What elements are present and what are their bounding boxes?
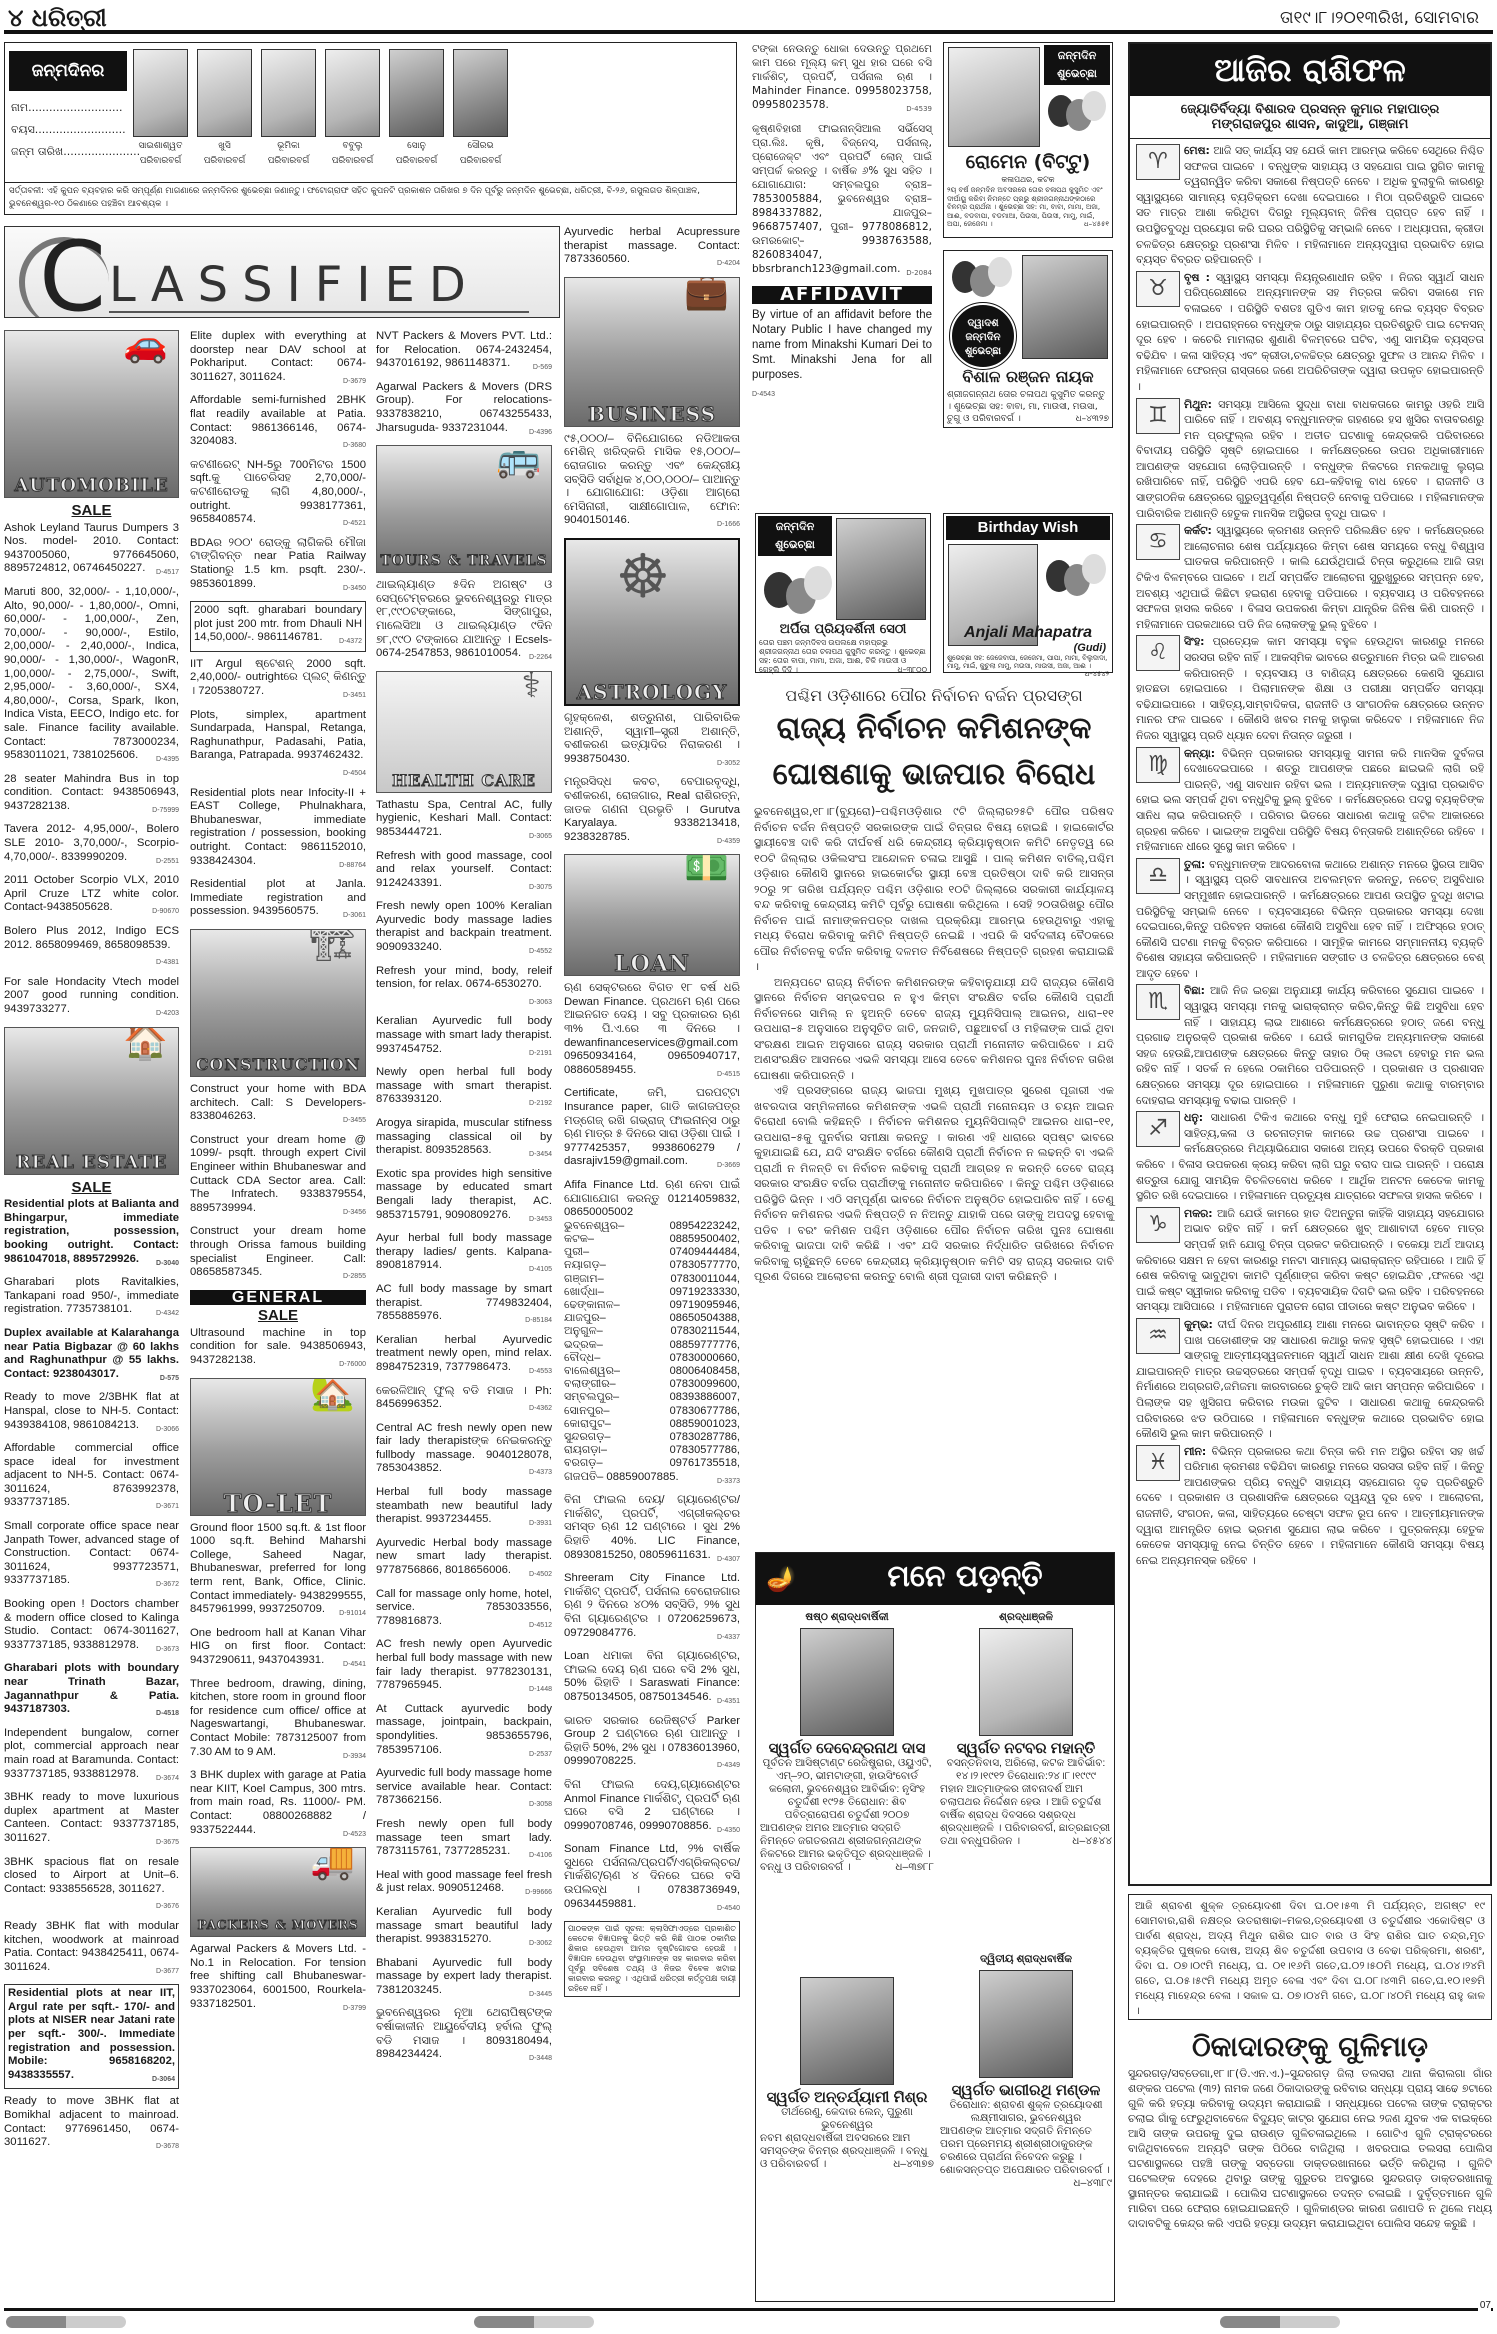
page-number-masthead: ୪ ଧରିତ୍ରୀ — [8, 4, 107, 32]
reader-notice: ପାଠକଙ୍କ ପାଇଁ ସୂଚନା: କ୍ଲାସିଫାଏଡ୍‌ରେ ପ୍ରକା… — [564, 1921, 740, 1997]
health-care-image: ⚕HEALTH CARE — [376, 671, 552, 793]
loan-image: 💵LOAN — [564, 854, 740, 976]
bus-icon: 🚌 — [496, 452, 541, 466]
libra-icon: ♎ — [1136, 858, 1180, 894]
ad-item: Refresh your mind, body, releif tension,… — [376, 965, 552, 1010]
kid-name: ଭୂମିକା — [261, 141, 316, 151]
briefcase-icon: 💼 — [684, 284, 729, 298]
ad-item: Loan ଧମାକା ବିନା ଗ୍ୟାରେଣ୍ଟର, ଫାଇଲ ଦେୟ ଋଣ … — [564, 1650, 740, 1708]
ad-item: Bhabani Ayurvedic full body massage by e… — [376, 1957, 552, 2002]
afifa-branch-table: ଭୁବନେଶ୍ୱର–08954223242, କଟକ–08859500402, … — [564, 1220, 740, 1471]
column-tours-health: NVT Packers & Movers PVT. Ltd.: for Relo… — [376, 330, 552, 2072]
category-label: CONSTRUCTION — [191, 1058, 365, 1072]
vishal-birthday-ad: ଦ୍ୱାଦଶ ଜନ୍ମଦିନ ଶୁଭେଚ୍ଛା ବିଶାଳ ରଞ୍ଜନ ନାୟକ… — [943, 250, 1113, 428]
ad-item: 2011 October Scorpio VLX, 2010 April Cru… — [4, 874, 179, 919]
portrait-photo — [979, 1970, 1073, 2078]
real-estate-image: 🏠REAL ESTATE — [4, 1027, 179, 1175]
house-icon: 🏠 — [123, 1034, 168, 1048]
ad-item: Arogya sirapida, muscular stifness massa… — [376, 1117, 552, 1162]
rashi-item: ♌ସିଂହ: ପ୍ରତ୍ୟେକ କାମ ସମସ୍ୟା ବହୁଳ ହେଉଥିବା … — [1136, 634, 1484, 743]
to-let-image: 🏡TO-LET — [190, 1378, 366, 1516]
birthday-coupon: ଜନ୍ମଦିନର ଶୁଭେଚ୍ଛା ନାମ...................… — [4, 42, 737, 215]
ad-item: AC fresh newly open Ayurvedic herbal ful… — [376, 1638, 552, 1696]
ad-item: Ready to move 2/3BHK flat at Hanspal, cl… — [4, 1391, 179, 1436]
table-row: କୋରାପୁଟ–08859001023, — [564, 1418, 740, 1431]
sale-heading: SALE — [4, 504, 179, 518]
rashi-item: ♒କୁମ୍ଭ: ଦୀର୍ଘ ଦିନର ଅପୂରଣୀୟ ଆଶା ମନରେ ଭାବା… — [1136, 1317, 1484, 1442]
building-icon: 🏗 — [309, 936, 355, 950]
news-headline-2: ଘୋଷଣାକୁ ଭାଜପାର ବିରୋଧ — [754, 752, 1114, 798]
ad-item: Residential plots at Balianta and Bhinga… — [4, 1198, 179, 1270]
sale-heading: SALE — [4, 1181, 179, 1195]
deceased-name: ସ୍ୱର୍ଗତ ନଟବର ମହାନ୍ତି — [940, 1740, 1112, 1757]
header-rule — [4, 30, 1493, 34]
kid-photo — [133, 49, 188, 137]
ad-item: Keralian Ayurvedic full body massage wit… — [376, 1015, 552, 1060]
ad-item: Refresh with good massage, cool and rela… — [376, 850, 552, 895]
ad-item: At Cuttack ayurvedic body massage, joint… — [376, 1703, 552, 1761]
ad-item: Residential plot at Janla. Immediate reg… — [190, 878, 366, 923]
ad-item: Agarwal Packers & Movers Ltd. - No.1 in … — [190, 1943, 366, 2015]
obituary-label: ଦ୍ୱିତୀୟ ଶ୍ରାଦ୍ଧବାର୍ଷିକ — [940, 1953, 1112, 1966]
rashi-item: ♈ମେଷ: ଆଜି ସତ୍ କାର୍ଯ୍ୟ ସହ ଯେଉଁ କାମ ଆରମ୍ଭ … — [1136, 143, 1484, 268]
kid-card: ସୌରଭପରିବାରବର୍ଗ — [453, 49, 508, 166]
category-label: ASTROLOGY — [566, 686, 738, 700]
virgo-icon: ♍ — [1136, 747, 1180, 783]
kid-family: ପରିବାରବର୍ଗ — [197, 156, 252, 166]
ad-item-boxed: Residential plots at near IIT, Argul rat… — [4, 1984, 179, 2089]
ad-item: ଗୃହକ୍ଳେଶ, ଶତ୍ରୁନାଶ, ପାରିବାରିକ ଅଶାନ୍ତି, ସ… — [564, 712, 740, 770]
obituary-item: ଦ୍ୱିତୀୟ ଶ୍ରାଦ୍ଧବାର୍ଷିକ ସ୍ୱର୍ଗତ ଭାଗୀରଥି ମ… — [940, 1953, 1112, 2190]
column-business-loan: Ayurvedic herbal Acupressure therapist m… — [564, 226, 740, 2003]
affidavit-heading: AFFIDAVIT — [752, 286, 932, 304]
balloon-icon — [1082, 91, 1106, 121]
ad-item: Tathastu Spa, Central AC, fully hygienic… — [376, 799, 552, 844]
classified-word: LASSIFIED — [109, 257, 480, 313]
category-label: REAL ESTATE — [5, 1156, 178, 1170]
obituary-item: ଷଷ୍ଠ ଶ୍ରାଦ୍ଧବାର୍ଷିକୀ ସ୍ୱର୍ଗତ ଦେବେନ୍ଦ୍ରନା… — [760, 1611, 934, 1874]
news-headline-1: ରାଜ୍ୟ ନିର୍ବାଚନ କମିଶନଙ୍କ — [754, 706, 1114, 752]
construction-image: 🏗CONSTRUCTION — [190, 929, 366, 1077]
category-label: TOURS & TRAVELS — [377, 555, 551, 569]
coupon-terms: ସର୍ତ୍ତାବଳୀ: ଏହି କୁପନ ବ୍ୟବହାର କରି ସମ୍ପୂର୍… — [5, 182, 736, 214]
category-label: BUSINESS — [565, 408, 739, 422]
rashi-item: ♎ତୁଳା: ବନ୍ଧୁମାନଙ୍କ ଆଦରବୋଳା କଥାରେ ଅଶାନ୍ତ … — [1136, 857, 1484, 982]
ad-item: Construct your dream home @ 1099/- psqft… — [190, 1134, 366, 1220]
table-row: ବୌଦ୍ଧ–07830000660, — [564, 1352, 740, 1365]
ad-item: ଥାଇଲ୍ୟାଣ୍ଡ ୫ଦିନ ଅଗଷ୍ଟ ଓ ସେପ୍ଟେମ୍ବରରେ ଭୁବ… — [376, 579, 552, 665]
news-paragraph: ଏହି ପ୍ରସଙ୍ଗରେ ରାଜ୍ୟ ଭାଜପା ମୁଖ୍ୟ ମୁଖପାତ୍ର… — [754, 1083, 1114, 1285]
rashi-item: ♉ବୃଷ : ସ୍ୱାସ୍ଥ୍ୟ ସମସ୍ୟା ନିୟନ୍ତ୍ରଣାଧୀନ ରହ… — [1136, 270, 1484, 395]
child-name: ରୋମେନ (ବିଟ୍ଟୁ) — [946, 151, 1110, 173]
ad-item: Ready 3BHK flat with modular kitchen, wo… — [4, 1920, 179, 1978]
stethoscope-icon: ⚕ — [522, 678, 541, 692]
ad-item: Independent bungalow, corner plot, comme… — [4, 1727, 179, 1785]
date-line: ତା୧୯।୮।୨୦୧୩ରିଖ, ସୋମବାର — [1280, 8, 1479, 28]
ad-item: Exotic spa provides high sensitive massa… — [376, 1168, 552, 1226]
afifa-finance-ad: Afifa Finance Ltd. ଋଣ ନେବା ପାଇଁ ଯୋଗାଯୋଗ … — [564, 1179, 740, 1488]
table-row: ପୁରୀ–07409444484, — [564, 1246, 740, 1259]
registration-mark — [6, 2316, 126, 2328]
rashi-item: ♑ମକର: ଆଜି ଯେଉଁ କାମରେ ହାତ ଦିଅନ୍ତୁନା କାହିଁ… — [1136, 1206, 1484, 1315]
obituary-message: ଆପଣଙ୍କ ଅମର ଆତ୍ମାର ସଦ୍‌ଗତି ନିମନ୍ତେ ଜଗତରନା… — [760, 1822, 934, 1874]
birthday-wish-heading: Birthday Wish — [946, 516, 1110, 540]
ad-item: AC full body massage by smart therapist.… — [376, 1283, 552, 1328]
table-row: ଭଦ୍ରକ–08859777776, — [564, 1339, 740, 1352]
column-finance-affidavit: ଟଙ୍କା ନେଉନ୍ତୁ ଧୋକା ଦେଉନ୍ତୁ ପ୍ରଥମେ କାମ ପର… — [752, 42, 932, 408]
ad-item: Fresh newly open 100% Keralian Ayurvedic… — [376, 900, 552, 958]
aries-icon: ♈ — [1136, 144, 1180, 180]
sagittarius-icon: ♐ — [1136, 1111, 1180, 1147]
table-row: ରାୟଗଡ଼ା–07830577786, — [564, 1444, 740, 1457]
birthday-badge: ଜନ୍ମଦିନ ଶୁଭେଚ୍ଛା — [758, 516, 832, 556]
wish-text: ଶ୍ରୀଜଗନ୍ନାଥ ତୋର ଚଳାପଥ କୁସୁମିତ କରନ୍ତୁ । ଶ… — [947, 389, 1109, 425]
category-label: PACKERS & MOVERS — [191, 1919, 365, 1933]
balloon-icon — [1082, 554, 1106, 584]
affidavit-ad: By virtue of an affidavit before the Not… — [752, 308, 932, 402]
wish-text: ଶୁଭେଚ୍ଛା ସହ: ଜେଜେବାପା, ଜେଜେମା, ପାପା, ମାମ… — [947, 654, 1109, 678]
portrait-photo — [800, 1628, 894, 1736]
tours-image: 🚌TOURS & TRAVELS — [376, 445, 552, 573]
taurus-icon: ♉ — [1136, 271, 1180, 307]
column-property-general: Elite duplex with everything at doorstep… — [190, 330, 366, 2021]
ad-item: 3BHK spacious flat on resale closed to A… — [4, 1856, 179, 1914]
table-row: ଭୁବନେଶ୍ୱର–08954223242, — [564, 1220, 740, 1233]
ad-item: Elite duplex with everything at doorstep… — [190, 330, 366, 388]
obituary-label: ଷଷ୍ଠ ଶ୍ରାଦ୍ଧବାର୍ଷିକୀ — [760, 1611, 934, 1624]
name-field[interactable]: ନାମ........................... — [11, 97, 140, 119]
child-photo — [836, 518, 926, 620]
money-icon: 💵 — [684, 861, 729, 875]
category-label: TO-LET — [191, 1497, 365, 1511]
astrologer-name: ଜ୍ୟୋତିର୍ବିଦ୍ୟା ବିଶାରଦ ପ୍ରସନ୍ନ କୁମାର ମହାପ… — [1130, 102, 1490, 117]
rashi-item: ♍କନ୍ୟା: ବିଭିନ୍ନ ପ୍ରକାରର ସମସ୍ୟାକୁ ସାମନା କ… — [1136, 746, 1484, 855]
kid-name: ସାଇଶାଶ୍ୱତ — [133, 141, 188, 151]
table-row: ଅନୁଗୁଳ–07830211544, — [564, 1325, 740, 1338]
deceased-name: ସ୍ୱର୍ଗତ ଅନ୍ତର୍ଯ୍ୟାମୀ ମିଶ୍ର — [760, 2089, 934, 2106]
column-automobile-realestate: 🚗AUTOMOBILE SALE Ashok Leyland Taurus Du… — [4, 330, 179, 2160]
dob-field[interactable]: ଜନ୍ମ ତାରିଖ...................... — [11, 141, 140, 163]
ad-item: Residential plots near Infocity-II + EAS… — [190, 787, 366, 873]
ad-item: Agarwal Packers & Movers (DRS Group). Fo… — [376, 381, 552, 439]
ad-item: ବିନା ଫାଇଲ ଦେୟ/ ଗ୍ୟାରେଣ୍ଟର/ ମାର୍କଶିଟ୍, ପ୍… — [564, 1494, 740, 1566]
ad-item: Affordable semi-furnished 2BHK flat read… — [190, 394, 366, 452]
child-photo — [948, 47, 1040, 147]
ad-item: Sonam Finance Ltd, ୨% ବାର୍ଷିକ ସୁଧରେ ପର୍ସ… — [564, 1843, 740, 1915]
kid-name: ବବୁଲୁ — [325, 141, 380, 151]
ad-item: Heal with good massage feel fresh & just… — [376, 1869, 552, 1900]
table-row: ଗଞ୍ଜାମ–07830011044, — [564, 1273, 740, 1286]
ad-item: Fresh newly open full body massage teen … — [376, 1818, 552, 1863]
ad-item: BDAର ୨୦୦' ରୋଡ୍‌କୁ ଲାଗିକରି ମୌଜା ଟାଙ୍ଗିବନ୍… — [190, 537, 366, 595]
obituary-label: ଶ୍ରଦ୍ଧାଞ୍ଜଳି — [940, 1611, 1112, 1624]
general-heading: GENERAL — [190, 1290, 366, 1306]
ad-item: Ultrasound machine in top condition for … — [190, 1327, 366, 1372]
registration-mark — [1220, 2316, 1340, 2328]
balloon-icon — [988, 257, 1012, 287]
ad-item: Booking open ! Doctors chamber & modern … — [4, 1598, 179, 1656]
ad-item: ଋଣ ସେକ୍ଟରରେ ବିଗତ ୧୮ ବର୍ଷ ଧରି Dewan Finan… — [564, 982, 740, 1081]
ad-item: ମନ୍ତ୍ରସିଦ୍ଧ କବଚ, ବେପାରବୃଦ୍ଧି, ବଶୀକରଣ, ରୋ… — [564, 776, 740, 848]
ad-item: 28 seater Mahindra Bus in top condition.… — [4, 773, 179, 818]
ad-item: Gharabari plots Ravitalkies, Tankapani r… — [4, 1276, 179, 1321]
ad-item: Tavera 2012- 4,95,000/-, Bolero SLE 2010… — [4, 823, 179, 868]
ad-item-boxed: 2000 sqft. gharabari boundary plot just … — [190, 601, 366, 652]
ad-item: କୃଷ୍ଣବିହାରୀ ଫାଇନାନ୍ସିଆଲ ସର୍ଭିସେସ୍ ପ୍ରା.ଲ… — [752, 122, 932, 280]
child-name: Anjali Mahapatra — [946, 624, 1110, 642]
wish-text: ୨ୟ ବର୍ଷ ଜନ୍ମଦିନ ଅବସରରେ ତୋର ଚଳାପଥ କୁସୁମିତ… — [947, 186, 1109, 229]
news-paragraph: ଭୁବନେଶ୍ୱର,୧୮।୮(ବ୍ୟୁରୋ)–ପଶ୍ଚିମଓଡ଼ିଶାର ୯ଟି… — [754, 804, 1114, 975]
kid-family: ପରିବାରବର୍ଗ — [325, 156, 380, 166]
ad-item: Ready to move 3BHK flat at Bomikhal adja… — [4, 2095, 179, 2153]
zodiac-wheel-icon: ☸ — [616, 570, 670, 584]
rashi-item: ♏ବିଛା: ଆଜି ନିଜ ଇଚ୍ଛା ଅନୁଯାୟୀ କାର୍ଯ୍ୟ କରି… — [1136, 983, 1484, 1108]
kid-card: ଖୁସିପରିବାରବର୍ଗ — [197, 49, 252, 166]
deceased-details: ତିରୋଧାନ: ଶ୍ରାବଣ ଶୁକ୍ଳ ତ୍ରୟୋଦଶୀ ଲକ୍ଷ୍ମୀସା… — [940, 2099, 1112, 2125]
kid-card: ବବୁଲୁପରିବାରବର୍ଗ — [325, 49, 380, 166]
ad-item: Plots, simplex, apartment Sundarpada, Ha… — [190, 709, 366, 781]
ad-item: Ayurvedic Herbal body massage new smart … — [376, 1537, 552, 1582]
ad-item: Keralian herbal Ayurvedic treatment newl… — [376, 1334, 552, 1379]
ad-item: ଭାରତ ସରକାର ରେଜିଷ୍ଟର୍ଡ Parker Group 2 ଘଣ୍… — [564, 1715, 740, 1773]
child-photo — [1022, 255, 1108, 359]
table-row: ସମ୍ବଲପୁର–08393886007, — [564, 1391, 740, 1404]
ad-item: For sale Hondacity Vtech model 2007 good… — [4, 976, 179, 1021]
footer-rule — [4, 2308, 1493, 2311]
ad-item: କେରଳିଆନ୍ ଫୁଲ୍ ବଡି ମସାଜ । Ph: 8456996352.… — [376, 1385, 552, 1416]
wish-text: ତୋର ପଞ୍ଚମ ଜନ୍ମଦିବସ ଉପଲକ୍ଷେ ମହାପ୍ରଭୁ ଶ୍ରୀ… — [759, 638, 927, 674]
ad-item: କଟଣୀରେଟ୍ NH-5ରୁ 700ମିଟର 1500 sqft.କୁ ପାଚ… — [190, 459, 366, 531]
ad-item: Newly open herbal full body massage with… — [376, 1066, 552, 1111]
obituary-banner-title: ମନେ ପଡ଼ନ୍ତି — [816, 1559, 1114, 1594]
kid-card: ଭୂମିକାପରିବାରବର୍ଗ — [261, 49, 316, 166]
rashi-item: ♓ମୀନ: ବିଭିନ୍ନ ପ୍ରକାରର କଥା ଚିନ୍ତା କରି ମନ … — [1136, 1444, 1484, 1569]
balloon-icon — [804, 566, 832, 600]
deceased-details: ବସନ୍ତନିବାସ, ଅରିଲୋ, କଟକ ଆବିର୍ଭାବ: ୧୪।୨।୧୯… — [940, 1757, 1112, 1783]
ad-item: Certificate, ଜମି, ଘରପଟ୍ଟା Insurance pape… — [564, 1087, 740, 1173]
child-name: ବିଶାଳ ରଞ୍ଜନ ନାୟକ — [946, 367, 1110, 387]
kid-photo — [389, 49, 444, 137]
sale-heading: SALE — [190, 1309, 366, 1323]
panjika-box: ଆଜି ଶ୍ରାବଣ ଶୁକ୍ଳ ତ୍ରୟୋଦଶୀ ଦିବା ଘ.୦୧।୫୩ ମ… — [1128, 1894, 1492, 2020]
kid-family: ପରିବାରବର୍ଗ — [133, 156, 188, 166]
table-row: ଖୋର୍ଦ୍ଧା–09719233330, — [564, 1286, 740, 1299]
ad-item: Keralian Ayurvedic full body massage sma… — [376, 1906, 552, 1951]
horoscope-list: ♈ମେଷ: ଆଜି ସତ୍ କାର୍ଯ୍ୟ ସହ ଯେଉଁ କାମ ଆରମ୍ଭ … — [1130, 139, 1490, 1574]
astrologer-address: ମଙ୍ଗରାଜପୁର ଶାସନ, କାଦୁଆ, ଗଞ୍ଜାମ — [1130, 117, 1490, 139]
category-label: HEALTH CARE — [377, 774, 551, 788]
arpita-birthday-ad: ଜନ୍ମଦିନ ଶୁଭେଚ୍ଛା ଅର୍ପିତା ପ୍ରିୟଦର୍ଶିନୀ ସେ… — [755, 513, 931, 673]
pisces-icon: ♓ — [1136, 1445, 1180, 1481]
horoscope-title: ଆଜିର ରାଶିଫଳ — [1130, 44, 1490, 96]
ad-item: Shreeram City Finance Ltd. ମାର୍କଶିଟ୍ ପ୍ର… — [564, 1572, 740, 1644]
scorpio-icon: ♏ — [1136, 984, 1180, 1020]
news-paragraph: ସୁନ୍ଦରଗଡ଼/ସବ୍‌ଡେଗା,୧୮।୮(ଡି.ଏନ.ଏ.)–ସୁନ୍ଦର… — [1128, 2066, 1492, 2231]
page-footer-number: 07 — [1478, 2300, 1491, 2311]
deceased-name: ସ୍ୱର୍ଗତ ଭାଗୀରଥି ମଣ୍ଡଳ — [940, 2082, 1112, 2099]
obituary-section: 🪔 ମନେ ପଡ଼ନ୍ତି ଷଷ୍ଠ ଶ୍ରାଦ୍ଧବାର୍ଷିକୀ ସ୍ୱର୍… — [755, 1552, 1115, 2302]
table-row: କଟକ–08859500402, — [564, 1233, 740, 1246]
astrology-image: ☸ASTROLOGY — [564, 538, 740, 706]
kid-name: ଖୁସି — [197, 141, 252, 151]
obituary-item: ସ୍ୱର୍ଗତ ଅନ୍ତର୍ଯ୍ୟାମୀ ମିଶ୍ର ତୀର୍ଥରେଣୁ, କେ… — [760, 1973, 934, 2171]
table-row: ସୋନପୁର–07830677786, — [564, 1405, 740, 1418]
ad-item: Duplex available at Kalarahanga near Pat… — [4, 1327, 179, 1385]
age-field[interactable]: ବୟସ.......................... — [11, 119, 140, 141]
ad-item: ଟଙ୍କା ନେଉନ୍ତୁ ଧୋକା ଦେଉନ୍ତୁ ପ୍ରଥମେ କାମ ପର… — [752, 42, 932, 116]
ad-item: NVT Packers & Movers PVT. Ltd.: for Relo… — [376, 330, 552, 375]
table-row: ବାଲେଶ୍ୱର–08006408458, — [564, 1365, 740, 1378]
birthday-badge: ଜନ୍ମଦିନ ଶୁଭେଚ୍ଛା — [1044, 45, 1110, 85]
capricorn-icon: ♑ — [1136, 1207, 1180, 1243]
kid-name: ସୋନୁ — [389, 141, 444, 151]
ad-item: Herbal full body massage steambath new b… — [376, 1486, 552, 1531]
obituary-item: ଶ୍ରଦ୍ଧାଞ୍ଜଳି ସ୍ୱର୍ଗତ ନଟବର ମହାନ୍ତି ବସନ୍ତନ… — [940, 1611, 1112, 1848]
ad-item: Maruti 800, 32,000/- - 1,10,000/-, Alto,… — [4, 586, 179, 767]
ad-item: One bedroom hall at Kanan Vihar HIG on f… — [190, 1627, 366, 1672]
ad-item: Ayurvedic full body massage home service… — [376, 1767, 552, 1812]
main-news-article: ପଶ୍ଚିମ ଓଡ଼ିଶାରେ ପୌର ନିର୍ବାଚନ ବର୍ଜନ ପ୍ରସଙ… — [754, 686, 1114, 1285]
ad-item: Ayurvedic herbal Acupressure therapist m… — [564, 226, 740, 271]
kid-name: ସୌରଭ — [453, 141, 508, 151]
table-row: ସୁନ୍ଦରଗଡ଼–07830287786, — [564, 1431, 740, 1444]
ad-item: Ayur herbal full body massage therapy la… — [376, 1232, 552, 1277]
ad-item: 3 BHK duplex with garage at Patia near K… — [190, 1769, 366, 1841]
news-headline: ଠିକାଦାରଙ୍କୁ ଗୁଳିମାଡ଼ — [1128, 2028, 1492, 2066]
classified-banner: C LASSIFIED — [4, 226, 560, 318]
news-paragraph: ଅନ୍ୟପଟେ ରାଜ୍ୟ ନିର୍ବାଚନ କମିଶନରଙ୍କ କହିବାନୁ… — [754, 975, 1114, 1084]
kid-photo — [197, 49, 252, 137]
obituary-message: ଆପଣଙ୍କ ଆତ୍ମାର ସଦ୍‌ଗତି ନିମନ୍ତେ ପରମ ପ୍ରେମମ… — [940, 2125, 1112, 2177]
ad-item: Bolero Plus 2012, Indigo ECS 2012. 86580… — [4, 925, 179, 970]
cancer-icon: ♋ — [1136, 524, 1180, 560]
kid-photo — [453, 49, 508, 137]
ad-item: Construct your home with BDA architech. … — [190, 1083, 366, 1128]
afifa-intro: Afifa Finance Ltd. ଋଣ ନେବା ପାଇଁ ଯୋଗାଯୋଗ … — [564, 1179, 740, 1220]
classified-big-c: C — [39, 226, 106, 318]
romen-birthday-ad: ଜନ୍ମଦିନ ଶୁଭେଚ୍ଛା ରୋମେନ (ବିଟ୍ଟୁ) କଳାପଥର, … — [943, 42, 1113, 238]
coupon-title: ଜନ୍ମଦିନର ଶୁଭେଚ୍ଛା — [9, 51, 127, 91]
obituary-banner: 🪔 ମନେ ପଡ଼ନ୍ତି — [756, 1553, 1114, 1605]
ad-item: Affordable commercial office space ideal… — [4, 1442, 179, 1514]
leo-icon: ♌ — [1136, 635, 1180, 671]
kid-photo — [261, 49, 316, 137]
gemini-icon: ♊ — [1136, 398, 1180, 434]
registration-mark — [474, 2316, 594, 2328]
ad-item: Central AC fresh newly open new fair lad… — [376, 1422, 552, 1480]
portrait-photo — [979, 1628, 1073, 1736]
obituary-message: ନବମ ଶ୍ରାଦ୍ଧବାର୍ଷିକୀ ଅବସରରେ ଆମ ସମସ୍ତଙ୍କ ବ… — [760, 2132, 934, 2171]
house-icon: 🏡 — [310, 1385, 355, 1399]
ad-item: ବିନା ଫାଇଲ ଦେୟ,ଗ୍ୟାରେଣ୍ଟର Anmol Finance ମ… — [564, 1779, 740, 1837]
kid-family: ପରିବାରବର୍ଗ — [389, 156, 444, 166]
diya-lamp-icon: 🪔 — [766, 1565, 796, 1594]
place: କଳାପଥର, କଟକ — [946, 175, 1110, 185]
ad-item: Gharabari plots with boundary near Trina… — [4, 1662, 179, 1720]
birthday-badge-circle: ଦ୍ୱାଦଶ ଜନ୍ମଦିନ ଶୁଭେଚ୍ଛା — [950, 303, 1016, 369]
second-news-article: ଠିକାଦାରଙ୍କୁ ଗୁଳିମାଡ଼ ସୁନ୍ଦରଗଡ଼/ସବ୍‌ଡେଗା,… — [1128, 2028, 1492, 2231]
kid-family: ପରିବାରବର୍ଗ — [453, 156, 508, 166]
horoscope-section: ଆଜିର ରାଶିଫଳ ଜ୍ୟୋତିର୍ବିଦ୍ୟା ବିଶାରଦ ପ୍ରସନ୍… — [1128, 42, 1492, 1886]
nickname: (Gudi) — [1074, 642, 1106, 654]
deceased-details: ତୀର୍ଥରେଣୁ, କେଦାର ଲେନ୍, ପୁରୁଣା ଭୁବନେଶ୍ୱର — [760, 2106, 934, 2132]
table-row: ନୟାଗଡ଼–07830577770, — [564, 1259, 740, 1272]
deceased-name: ସ୍ୱର୍ଗତ ଦେବେନ୍ଦ୍ରନାଥ ଦାସ — [760, 1740, 934, 1757]
table-row: ଢେଙ୍କାନାଳ–09719095946, — [564, 1299, 740, 1312]
kid-family: ପରିବାରବର୍ଗ — [261, 156, 316, 166]
deceased-details: ପୂର୍ବତନ ଆସିଷ୍ଟାଣ୍ଟ ରେଜିଷ୍ଟ୍ରାର, ଓୟୁଏଟି, … — [760, 1757, 934, 1822]
business-image: 💼BUSINESS — [564, 277, 740, 427]
ad-item: Construct your dream home through Orissa… — [190, 1225, 366, 1283]
rashi-item: ♐ଧନୁ: ସାଧାରଣ ଟିକିଏ କଥାରେ ବନ୍ଧୁ ମୁହଁ ଫେରା… — [1136, 1110, 1484, 1204]
obituary-message: ମହାନ ଆତ୍ମାଙ୍କର ଜୀବନାଦର୍ଶ ଆମ ଚଲାପଥର ନିର୍ଦ… — [940, 1783, 1112, 1848]
table-row: ବଲାଙ୍ଗୀର–07830099600, — [564, 1378, 740, 1391]
aquarius-icon: ♒ — [1136, 1318, 1180, 1354]
automobile-image: 🚗AUTOMOBILE — [4, 330, 179, 498]
kid-card: ସୋନୁପରିବାରବର୍ଗ — [389, 49, 444, 166]
ad-item: IIT Argul ଷ୍ଟେଶନ୍ 2000 sqft. 2,40,000/- … — [190, 658, 366, 703]
news-kicker: ପଶ୍ଚିମ ଓଡ଼ିଶାରେ ପୌର ନିର୍ବାଚନ ବର୍ଜନ ପ୍ରସଙ… — [754, 686, 1114, 706]
ad-item: Small corporate office space near Janpat… — [4, 1520, 179, 1592]
rashi-item: ♋କର୍କଟ: ସ୍ୱାସ୍ଥ୍ୟରେ କ୍ରମଶଃ ଉନ୍ନତି ପରିଲକ୍… — [1136, 523, 1484, 632]
category-label: AUTOMOBILE — [5, 479, 178, 493]
child-name: ଅର୍ପିତା ପ୍ରିୟଦର୍ଶିନୀ ସେଠୀ — [758, 622, 928, 637]
ad-item: Ground floor 1500 sq.ft. & 1st floor 100… — [190, 1522, 366, 1621]
ad-item: Call for massage only home, hotel, servi… — [376, 1588, 552, 1633]
kid-photo — [325, 49, 380, 137]
ad-item: Ashok Leyland Taurus Dumpers 3 Nos. mode… — [4, 522, 179, 580]
rashi-item: ♊ମିଥୁନ: ସମସ୍ୟା ଆସିଲେ ସୁଦ୍ଧା ବାଧା ବାଧକତାର… — [1136, 397, 1484, 522]
ad-item: ଭୁବନେଶ୍ୱରର ନୂଆ ଥେରାପିଷ୍ଟଙ୍କ ବର୍ଷାକାଳୀନ ଆ… — [376, 2007, 552, 2065]
table-row: ବରଗଡ଼–09761735518, — [564, 1457, 740, 1470]
kid-card: ସାଇଶାଶ୍ୱତପରିବାରବର୍ଗ — [133, 49, 188, 166]
car-icon: 🚗 — [123, 337, 168, 351]
table-row: ଯାଜପୁର–08650504388, — [564, 1312, 740, 1325]
packers-image: 🚚PACKERS & MOVERS — [190, 1847, 366, 1937]
category-label: LOAN — [565, 958, 739, 972]
ad-item: 3BHK ready to move luxurious duplex apar… — [4, 1791, 179, 1849]
truck-icon: 🚚 — [310, 1854, 355, 1868]
anjali-birthday-ad: Birthday Wish Anjali Mahapatra (Gudi) ଶୁ… — [943, 513, 1113, 673]
ad-item: ୯୫,୦୦୦/– ବିନିଯୋଗରେ ନଡିଆକତା ମେଶିନ୍ ଖରିଦ୍‌… — [564, 433, 740, 532]
ad-item: Three bedroom, drawing, dining, kitchen,… — [190, 1678, 366, 1764]
portrait-photo — [800, 1977, 894, 2085]
